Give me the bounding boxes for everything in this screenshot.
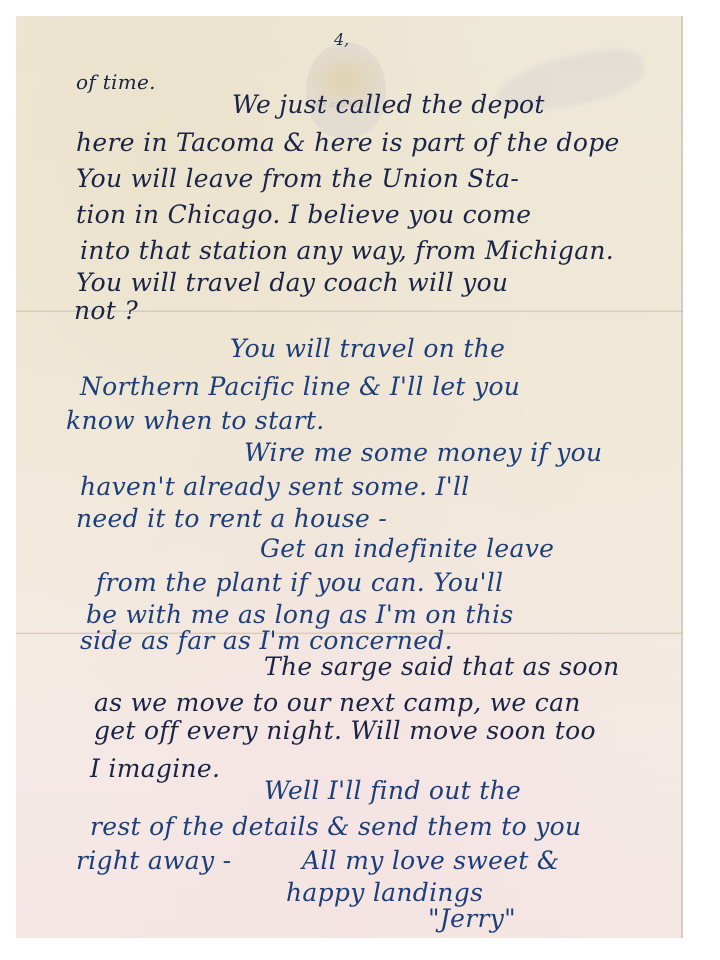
page-number: 4, [334,30,349,49]
handwritten-line: of time. [76,70,156,94]
handwritten-line: We just called the depot [232,90,545,119]
handwritten-line: into that station any way, from Michigan… [80,236,614,265]
handwritten-line: know when to start. [66,406,324,435]
handwritten-line: Wire me some money if you [244,438,602,467]
closing-line: happy landings [286,878,483,907]
handwritten-line: from the plant if you can. You'll [96,568,503,597]
handwritten-line: need it to rent a house - [76,504,387,533]
handwritten-line: Northern Pacific line & I'll let you [80,372,520,401]
handwritten-line: haven't already sent some. I'll [80,472,470,501]
handwritten-line: be with me as long as I'm on this [86,600,514,629]
handwritten-line: side as far as I'm concerned. [80,626,453,655]
handwritten-line: get off every night. Will move soon too [94,716,596,745]
handwritten-line: Well I'll find out the [264,776,521,805]
closing-line: All my love sweet & [302,846,559,875]
signature: "Jerry" [428,904,516,933]
letter-page: McCHORD FIELD 4, of time. We just called… [16,16,683,938]
handwritten-line: right away - [76,846,231,875]
handwritten-line: You will travel on the [230,334,505,363]
handwritten-line: here in Tacoma & here is part of the dop… [76,128,620,157]
handwritten-line: tion in Chicago. I believe you come [76,200,531,229]
handwritten-line: rest of the details & send them to you [90,812,581,841]
handwritten-line: as we move to our next camp, we can [94,688,581,717]
handwritten-line: You will leave from the Union Sta- [76,164,519,193]
handwritten-line: The sarge said that as soon [264,652,620,681]
handwritten-line: not ? [74,296,138,325]
handwritten-line: I imagine. [90,754,220,783]
handwritten-line: Get an indefinite leave [260,534,554,563]
handwritten-line: You will travel day coach will you [76,268,508,297]
